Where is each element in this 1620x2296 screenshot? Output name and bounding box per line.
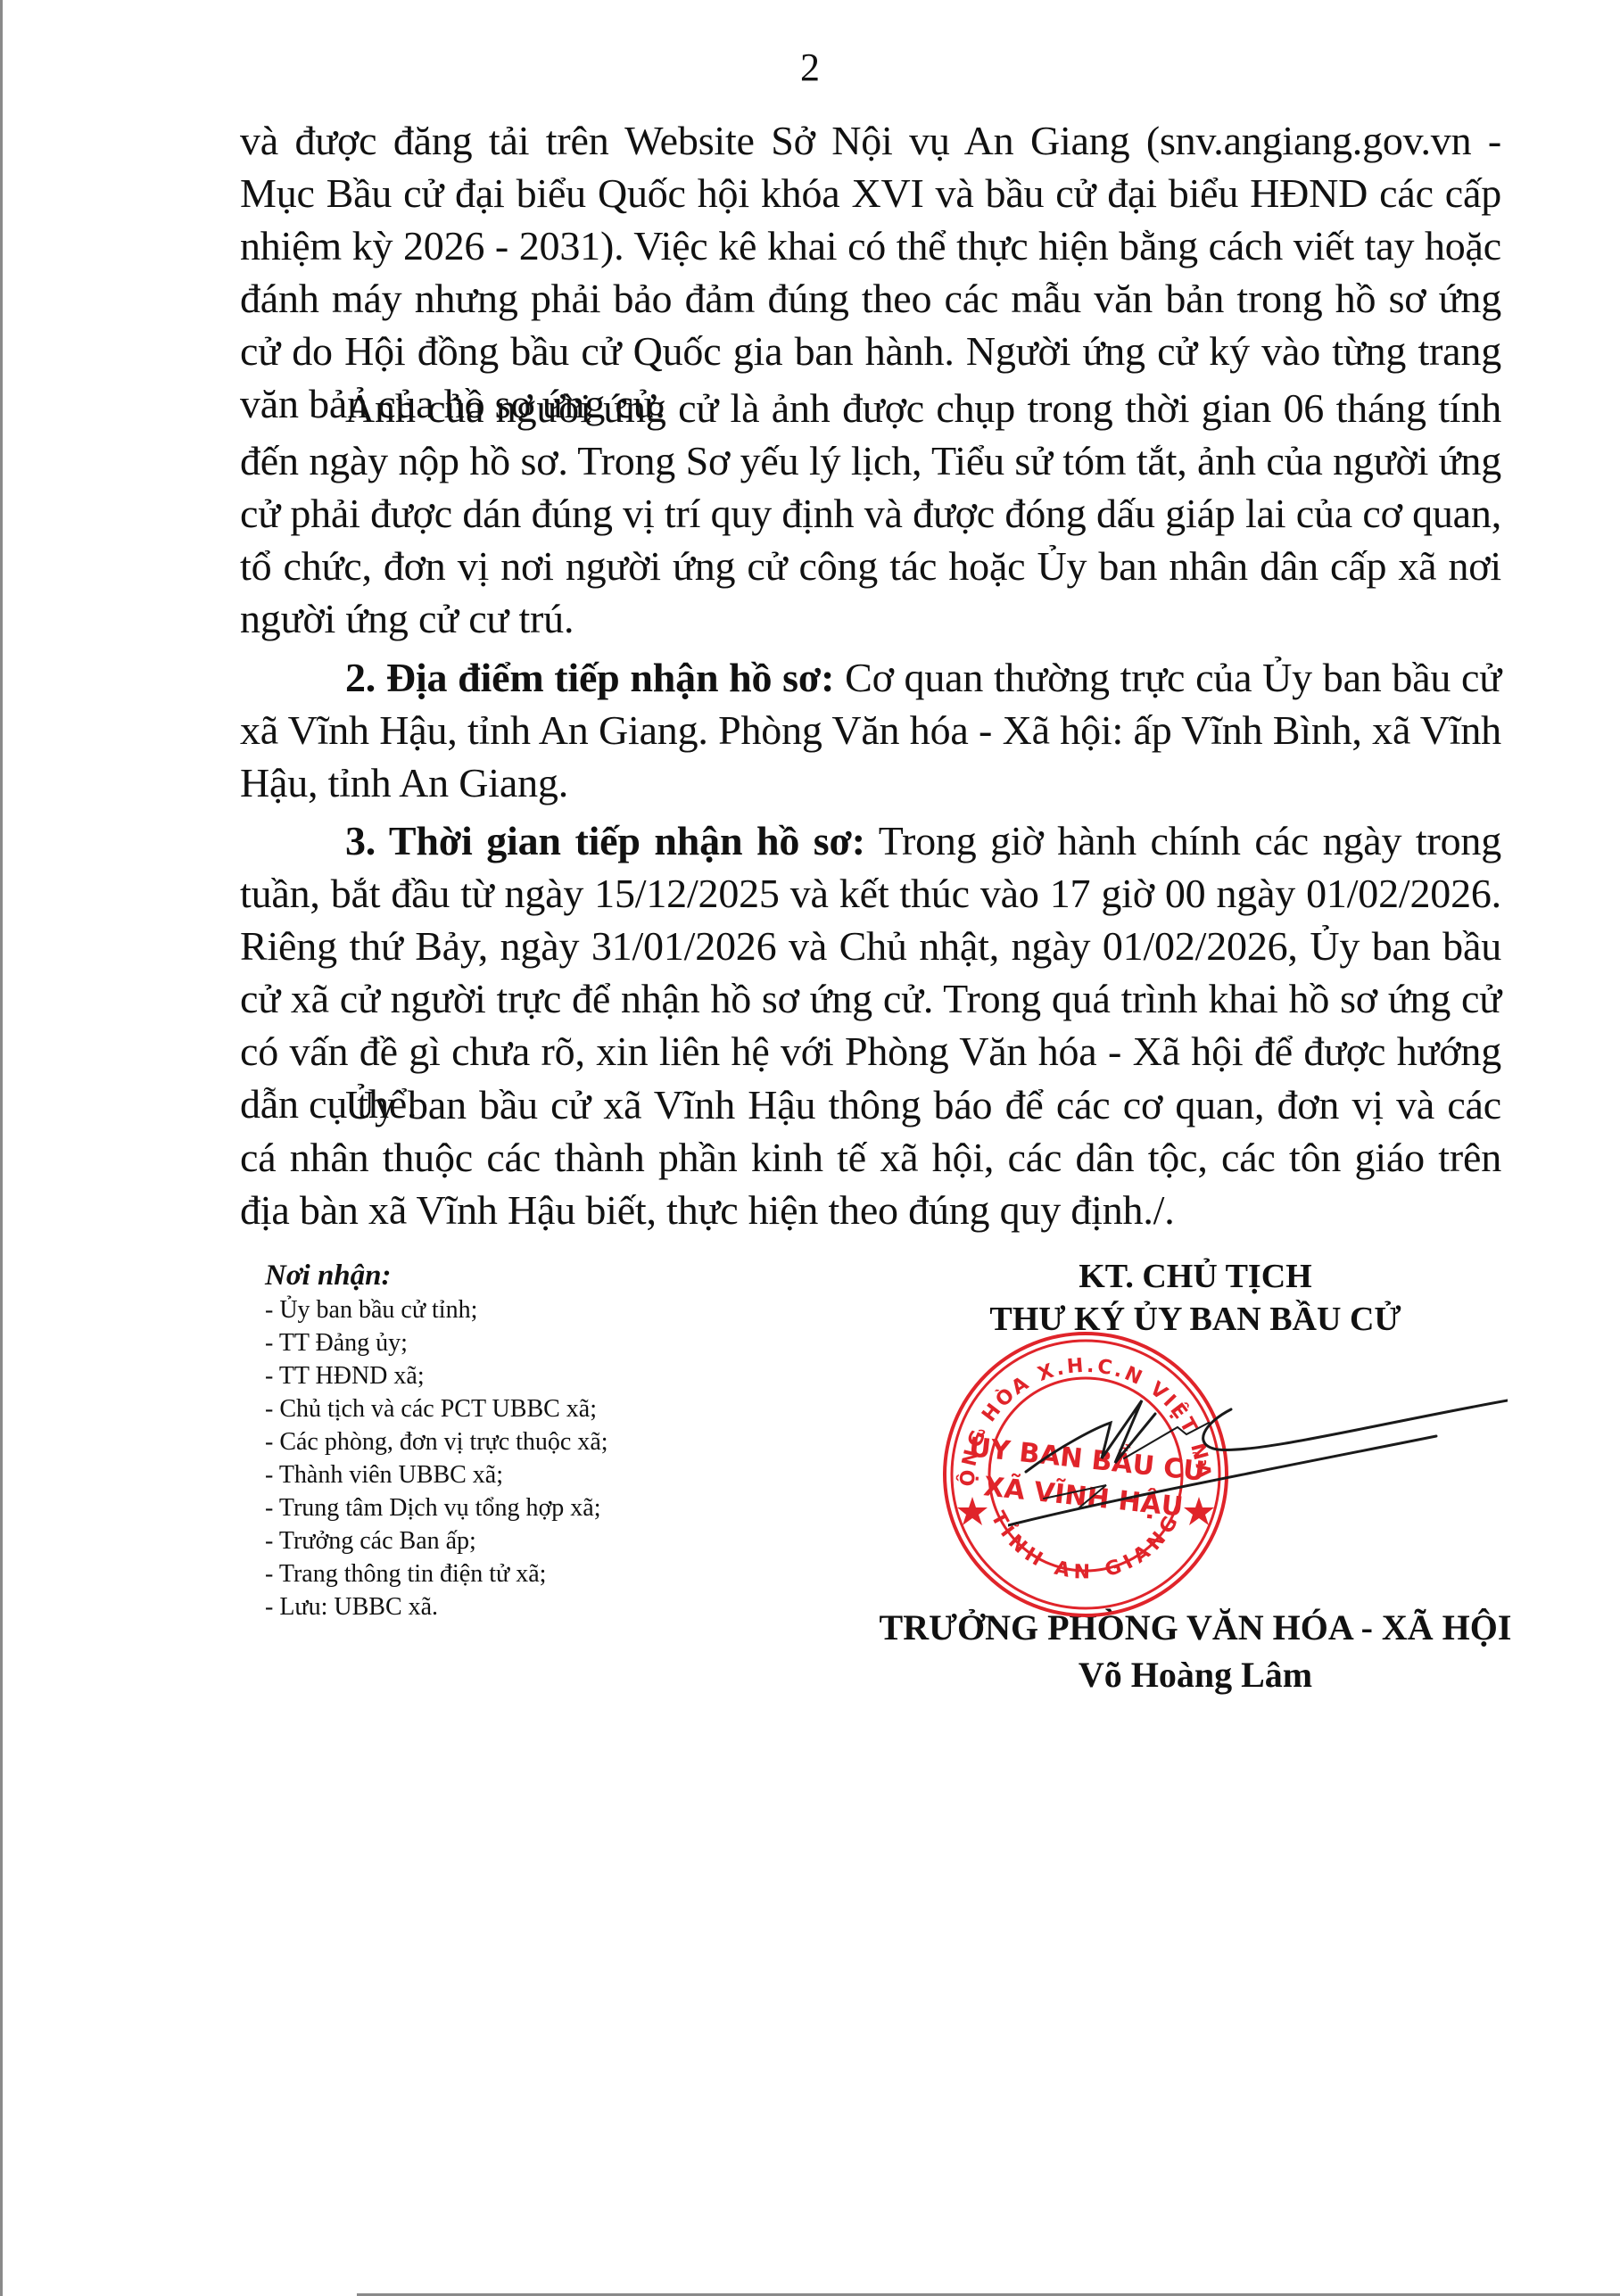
recipients-block: Nơi nhận: - Ủy ban bầu cử tỉnh; - TT Đản… — [265, 1258, 608, 1623]
recipients-title: Nơi nhận: — [265, 1258, 608, 1293]
scan-edge-left — [0, 0, 3, 2296]
list-item: - Lưu: UBBC xã. — [265, 1590, 608, 1623]
recipients-list: - Ủy ban bầu cử tỉnh; - TT Đảng ủy; - TT… — [265, 1293, 608, 1623]
paragraph-text: Ảnh của người ứng cử là ảnh được chụp tr… — [240, 382, 1501, 645]
list-item: - Các phòng, đơn vị trực thuộc xã; — [265, 1425, 608, 1458]
list-item: - Trưởng các Ban ấp; — [265, 1524, 608, 1557]
paragraph-text: Ủy ban bầu cử xã Vĩnh Hậu thông báo để c… — [240, 1078, 1501, 1236]
list-item: - Trung tâm Dịch vụ tổng hợp xã; — [265, 1491, 608, 1524]
handwritten-signature-icon — [1008, 1374, 1508, 1534]
list-item: - Ủy ban bầu cử tỉnh; — [265, 1293, 608, 1326]
list-item: - TT Đảng ủy; — [265, 1326, 608, 1359]
document-page: 2 và được đăng tải trên Website Sở Nội v… — [0, 0, 1620, 2296]
closing-paragraph: Ủy ban bầu cử xã Vĩnh Hậu thông báo để c… — [240, 1078, 1501, 1236]
section-heading: 2. Địa điểm tiếp nhận hồ sơ: — [345, 655, 834, 700]
section-receiving-location: 2. Địa điểm tiếp nhận hồ sơ: Cơ quan thư… — [240, 651, 1501, 809]
signer-name: Võ Hoàng Lâm — [839, 1653, 1552, 1697]
paragraph-photo-requirements: Ảnh của người ứng cử là ảnh được chụp tr… — [240, 382, 1501, 645]
page-number: 2 — [0, 45, 1620, 90]
section-paragraph: 2. Địa điểm tiếp nhận hồ sơ: Cơ quan thư… — [240, 651, 1501, 809]
signature-authority: KT. CHỦ TỊCH — [839, 1256, 1552, 1297]
list-item: - Chủ tịch và các PCT UBBC xã; — [265, 1392, 608, 1425]
list-item: - TT HĐND xã; — [265, 1359, 608, 1392]
list-item: - Thành viên UBBC xã; — [265, 1458, 608, 1491]
list-item: - Trang thông tin điện tử xã; — [265, 1557, 608, 1590]
section-heading: 3. Thời gian tiếp nhận hồ sơ: — [345, 818, 865, 863]
